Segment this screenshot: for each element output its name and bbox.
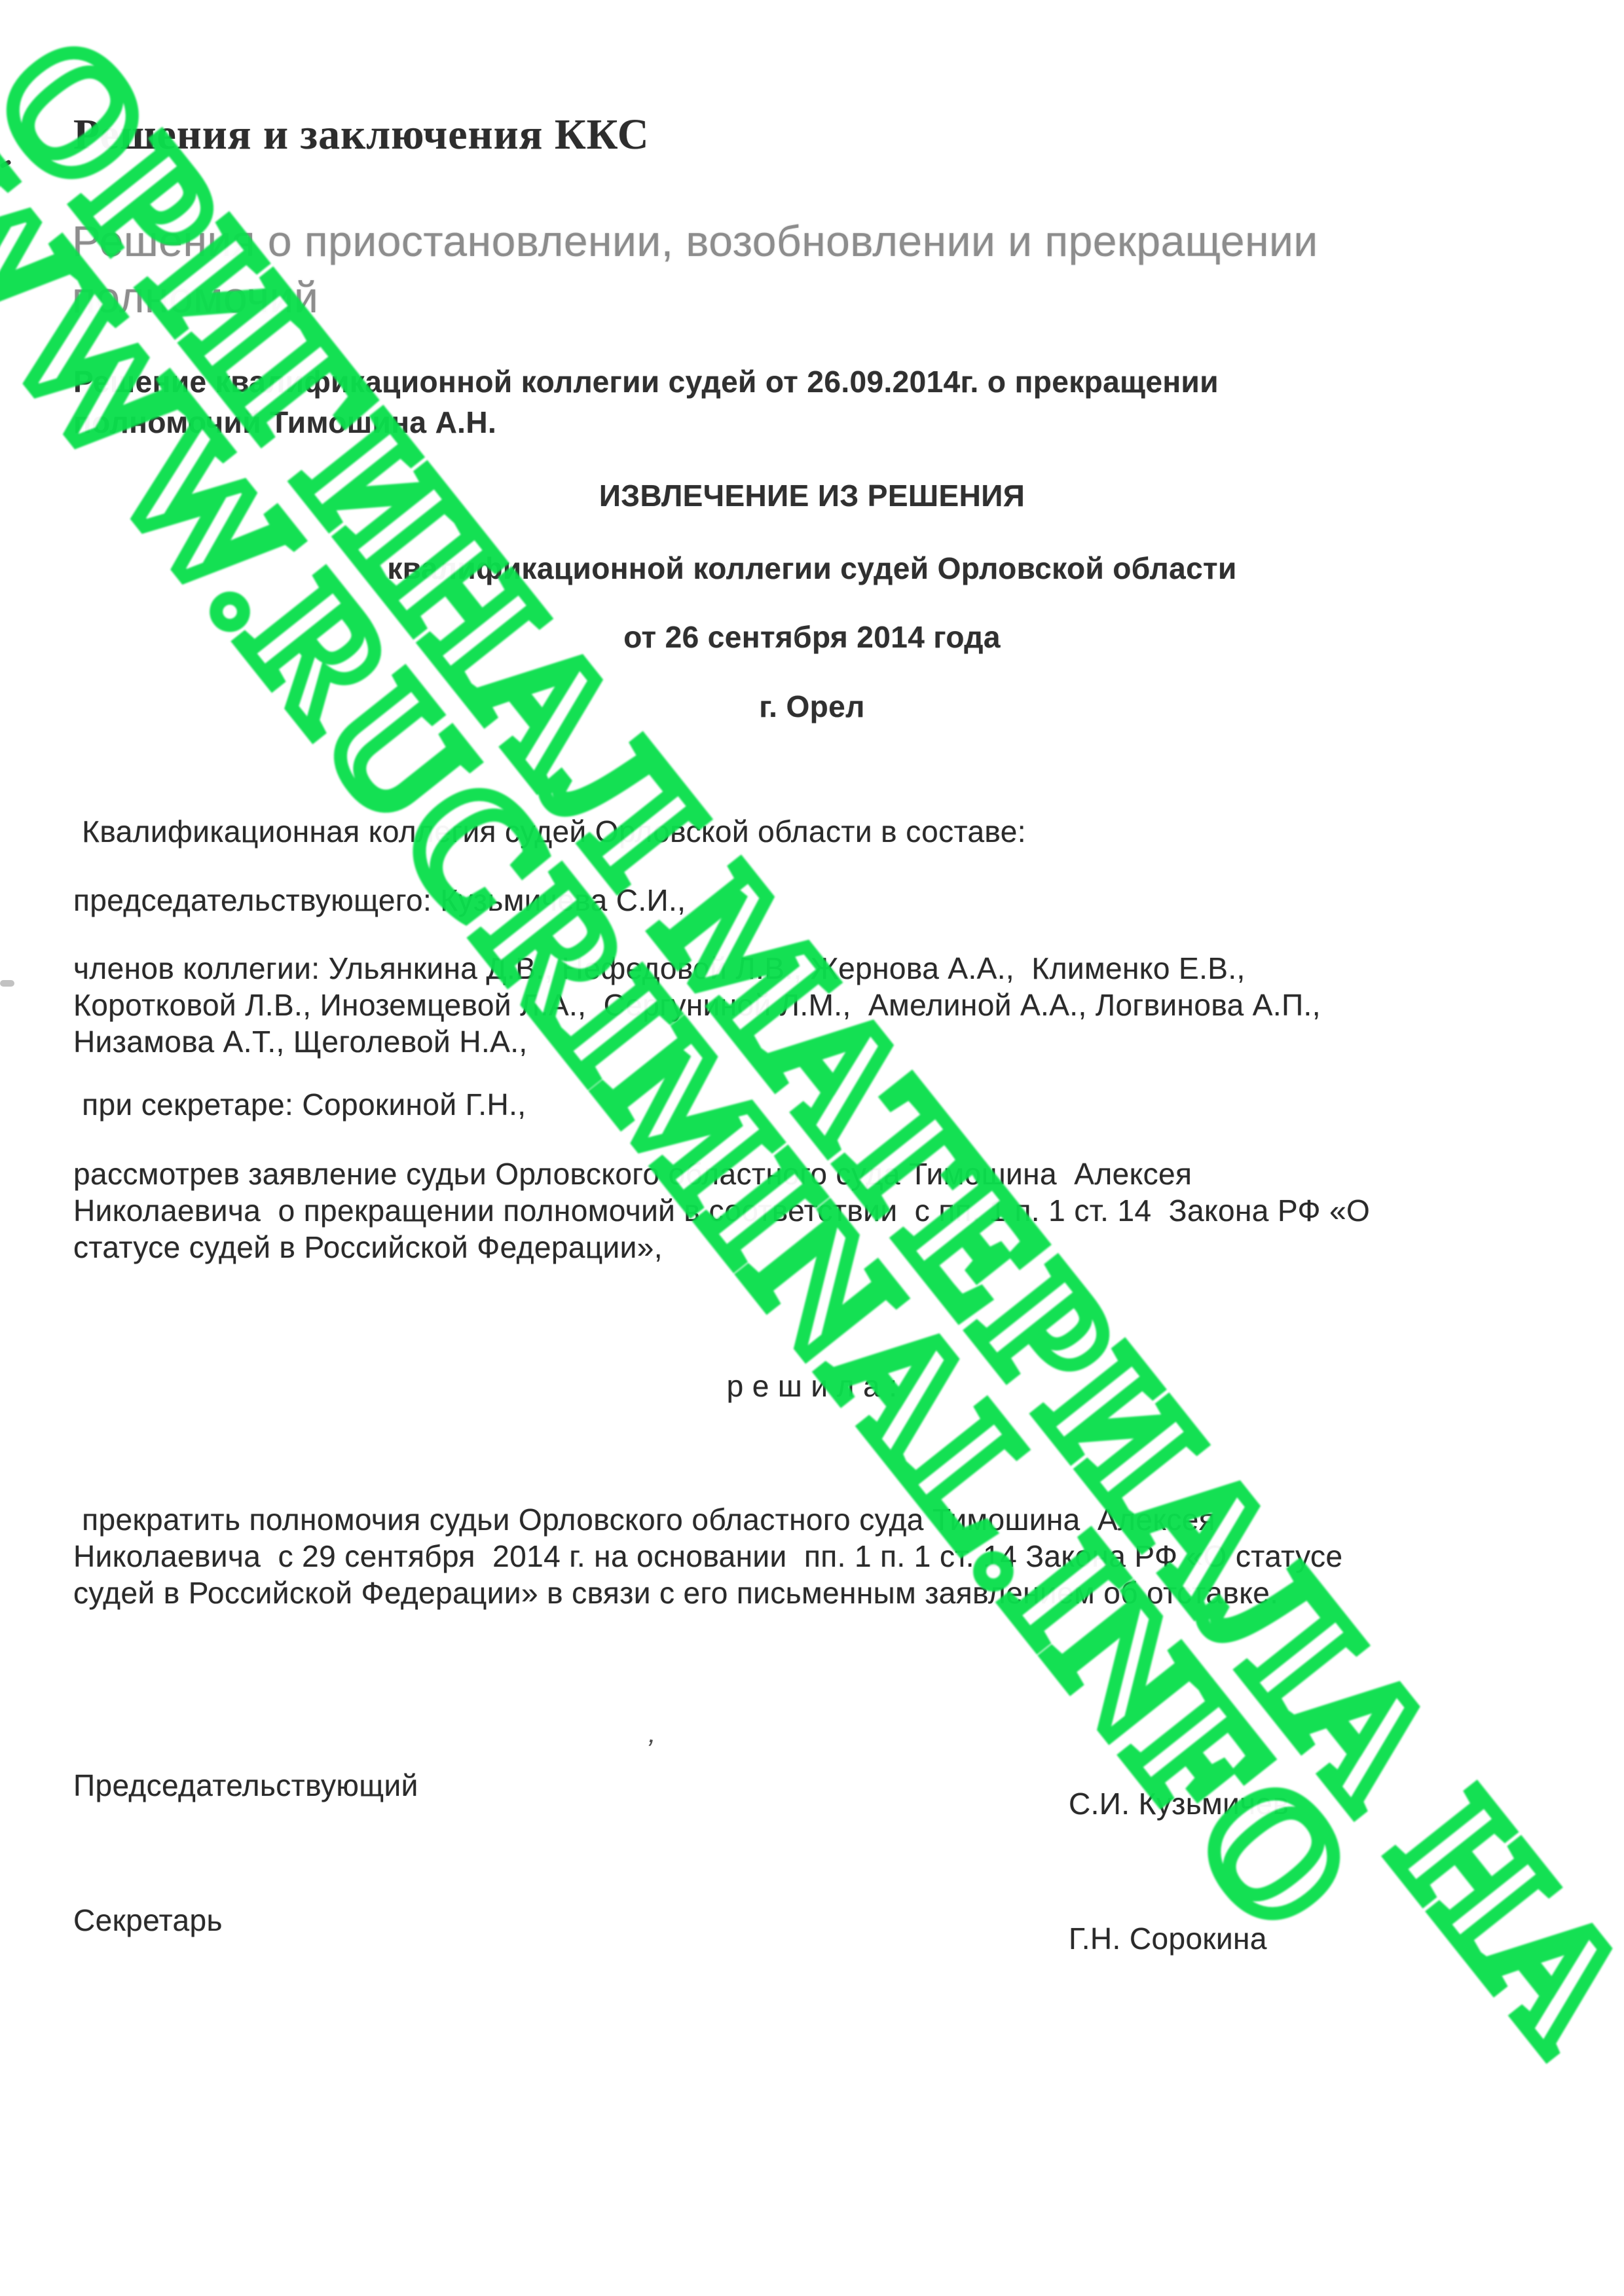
scan-artifact-smudge <box>0 980 14 987</box>
body-line-secretary: при секретаре: Сорокиной Г.Н., <box>73 1087 526 1122</box>
signature-role-chairman: Председательствующий <box>73 1768 418 1803</box>
body-line-members-3: Низамова А.Т., Щеголевой Н.А., <box>73 1024 528 1059</box>
signature-role-secretary: Секретарь <box>73 1903 223 1938</box>
scan-artifact-tick: ’ <box>642 1734 656 1767</box>
body-line-considered-3: статусе судей в Российской Федерации», <box>73 1230 663 1265</box>
scanned-document-page: Решения и заключения ККС Решения о приос… <box>0 0 1624 2296</box>
